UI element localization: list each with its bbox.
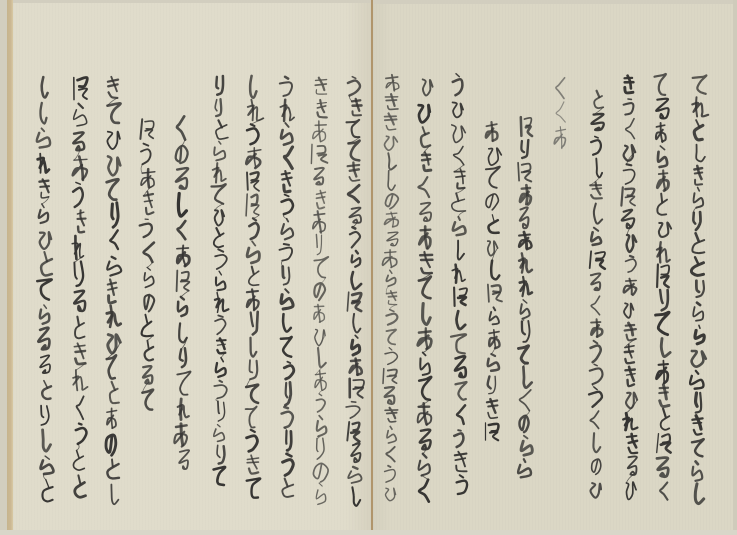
calligraphy-strokes xyxy=(302,71,338,509)
text-column: てまあかぬこひれ見えてもあきと侍るく xyxy=(645,69,681,507)
text-column: くくみ xyxy=(543,71,579,154)
text-column: とろうしきふか侍まくあつつつくしの心 xyxy=(578,84,614,504)
calligraphy-strokes xyxy=(202,71,238,491)
text-column: あひてのこひし侍らぬなけき哉 xyxy=(475,116,511,447)
text-column: 君がみすつくかのこころて xyxy=(130,113,166,416)
book-spread: それともきなにことにかかひかけきてなし てまあかぬこひれ見えてもあきと侍るく ち… xyxy=(0,0,737,535)
calligraphy-strokes xyxy=(507,111,543,484)
text-column: うたほくちこらしは紀してまそくつきを xyxy=(442,69,478,501)
calligraphy-strokes xyxy=(235,71,271,504)
calligraphy-strokes xyxy=(269,71,305,504)
calligraphy-strokes xyxy=(62,71,98,504)
calligraphy-strokes xyxy=(130,113,166,416)
calligraphy-strokes xyxy=(27,71,63,507)
calligraphy-strokes xyxy=(442,69,478,501)
calligraphy-strokes xyxy=(645,69,681,507)
text-column: それともきなにことにかかひかけきてなし xyxy=(680,69,716,509)
text-column: さすみ侍るさありてのあひもあをかりのや xyxy=(302,71,338,509)
calligraphy-strokes xyxy=(612,69,648,504)
calligraphy-strokes xyxy=(95,71,131,511)
calligraphy-strokes xyxy=(337,71,373,511)
text-column: 宿なるあうきれけるときねくつとと xyxy=(62,71,98,504)
text-column: うれなくさをやうむらしてうりうりつと xyxy=(269,71,305,504)
text-column: ちそ心ひてにくらされいそとあのとし xyxy=(95,71,131,511)
text-column: ぬきさいしもの身まあらきうそう翁まちらくうた xyxy=(373,69,409,507)
text-column: ひたとすくよみきてもあらてみるかく xyxy=(407,69,443,507)
page-edge-strip xyxy=(733,0,737,535)
calligraphy-strokes xyxy=(680,69,716,509)
text-column: ちつく心つ見よいつみひきすさんれちろん xyxy=(612,69,648,504)
text-column: しれつみ宮沼をやとおりふりてそうきて xyxy=(235,71,271,504)
calligraphy-strokes xyxy=(543,71,579,154)
text-column: くゆるふくみ侍らしけそれぬる xyxy=(164,111,200,477)
text-column: しもかはさらんとてかるるとけふなと xyxy=(27,71,63,507)
calligraphy-strokes xyxy=(407,69,443,507)
calligraphy-strokes xyxy=(475,116,511,447)
page-bottom-edge xyxy=(0,530,737,535)
calligraphy-strokes xyxy=(164,111,200,477)
calligraphy-strokes xyxy=(578,84,614,504)
calligraphy-strokes xyxy=(373,69,409,507)
text-column: 見え侍身まあはれなけてもくゆかな xyxy=(507,111,543,484)
text-column: けりとられていとうかれつきらをりなりて xyxy=(202,71,238,491)
text-column: うちそてすくよつなし人しらぬ恋を流るらし xyxy=(337,71,373,511)
